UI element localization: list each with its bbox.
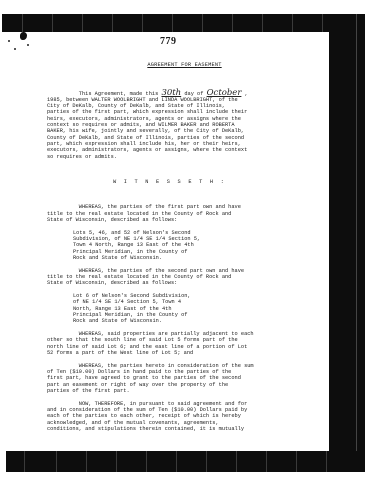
scan-border-bottom	[6, 451, 365, 472]
legal-description: Lot 6 of Nelson's Second Subdivision, of…	[47, 293, 322, 324]
page-number: 779	[160, 36, 177, 47]
paragraph: WHEREAS, the parties of the second part …	[47, 268, 322, 287]
scan-border-top	[2, 14, 365, 32]
intro-text: day of	[181, 91, 206, 97]
paragraph: WHEREAS, the parties of the first part o…	[47, 204, 322, 223]
witnesseth-heading: W I T N E S S E T H :	[47, 179, 322, 185]
paragraph: WHEREAS, said properties are partially a…	[47, 331, 322, 356]
intro-text: This Agreement, made this	[47, 91, 161, 97]
speck	[8, 40, 10, 42]
document-body: This Agreement, made this 30th day of Oc…	[47, 77, 322, 445]
intro-lines: 1985, between WALTER WOOLBRIGHT and LIND…	[47, 97, 247, 160]
document-title: AGREEMENT FOR EASEMENT	[0, 62, 369, 68]
ink-blot	[20, 32, 27, 40]
speck	[27, 44, 29, 46]
paragraphs: WHEREAS, the parties of the first part o…	[47, 204, 322, 432]
intro-text: ,	[241, 91, 247, 97]
intro-paragraph: This Agreement, made this 30th day of Oc…	[47, 90, 322, 160]
scan-border-right	[329, 14, 365, 472]
paragraph: WHEREAS, the parties hereto in considera…	[47, 363, 322, 394]
speck	[14, 48, 16, 50]
paragraph: NOW, THEREFORE, in pursuant to said agre…	[47, 401, 322, 432]
legal-description: Lots 5, 46, and 52 of Nelson's Second Su…	[47, 230, 322, 261]
